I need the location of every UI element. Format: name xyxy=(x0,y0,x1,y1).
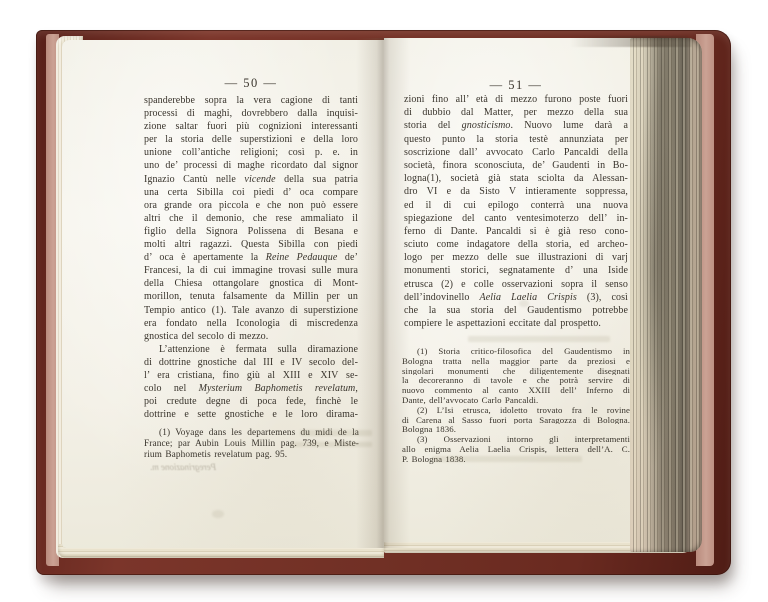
text-line: per la storia delle superstizioni e dell… xyxy=(144,134,358,147)
text-line: Dante, dell’avvocato Carlo Pancaldi. xyxy=(402,395,630,405)
text-line: dottrine e sette gnostiche e le loro dir… xyxy=(144,409,358,422)
text-line: storia del gnosticismo. Nuovo lume darà … xyxy=(404,120,628,133)
text-line: processi di maghi, dovrebbero dalla inqu… xyxy=(144,108,358,121)
show-through-mark xyxy=(468,336,610,342)
body-text-left: spanderebbe sopra la vera cagione di tan… xyxy=(144,95,358,422)
text-line: dro VI e da Sisto V intieramente soppres… xyxy=(404,186,628,199)
text-line: uno de’ processi di maghe ricordato dal … xyxy=(144,160,358,173)
text-line: singolari monumenti che diligentemente d… xyxy=(402,366,630,376)
text-line: gnostica del secolo di mezzo. xyxy=(144,331,358,344)
fox-spot xyxy=(212,510,224,518)
text-line: era fondato nella Iconologia di miscrede… xyxy=(144,318,358,331)
text-line: logna(1), società già stata sciolta da A… xyxy=(404,173,628,186)
text-line: società, finora sconosciuta, de’ Gaudent… xyxy=(404,160,628,173)
page-top-edge-smudge xyxy=(570,36,692,47)
text-line: molti altri ragazzi. Questa Sibilla con … xyxy=(144,239,358,252)
text-line: (3) Osservazioni intorno gli interpretam… xyxy=(402,434,630,444)
text-line: monumenti storici, segnatamente d’ una I… xyxy=(404,265,628,278)
text-line: questo punto la storia testè annunziata … xyxy=(404,134,628,147)
text-line: spiegazione del canto ventesimoterzo del… xyxy=(404,213,628,226)
text-line: L’attenzione è fermata sulla diramazione xyxy=(144,344,358,357)
text-line: ferno di Dante. Pancaldi si è già reso c… xyxy=(404,226,628,239)
text-line: d’ oca è apertamente la Reine Pedauque d… xyxy=(144,252,358,265)
show-through-text: Peregrinazione m. xyxy=(150,462,216,472)
text-line: morillon, tenuta falsamente da Millin pe… xyxy=(144,291,358,304)
text-line: rium Baphometis revelatum pag. 95. xyxy=(144,450,359,461)
text-line: ed il di cui epilogo conterrà una nuova xyxy=(404,200,628,213)
text-line: Francesi, la di cui immagine trovasi sul… xyxy=(144,265,358,278)
fox-spot xyxy=(519,300,529,307)
body-text-right: zioni fino all’ età di mezzo furono post… xyxy=(404,94,628,331)
text-line: sciuto come indagatore della storia, ed … xyxy=(404,239,628,252)
text-line: (1) Storia critico-filosofica del Gauden… xyxy=(402,346,630,356)
text-line: che la sua storia del Gaudentismo potreb… xyxy=(404,305,628,318)
text-line: l’ era cristiana, fino giù al XIII e XIV… xyxy=(144,370,358,383)
deckle-fore-edge-right xyxy=(630,38,702,552)
show-through-mark xyxy=(300,430,372,436)
text-line: spanderebbe sopra la vera cagione di tan… xyxy=(144,95,358,108)
text-line: soscrizione dall’ avvocato Carlo Pancald… xyxy=(404,147,628,160)
text-line: Bologna tratta nella maggior parte da pr… xyxy=(402,356,630,366)
text-line: logo per mezzo delle sue illustrazioni d… xyxy=(404,252,628,265)
text-line: dell’indovinello Aelia Laelia Crispis (3… xyxy=(404,292,628,305)
page-number-left: — 50 — xyxy=(144,76,358,91)
book-scan: — 50 — spanderebbe sopra la vera cagione… xyxy=(0,0,768,602)
text-line: Bologna 1836. xyxy=(402,424,630,434)
text-line: ora grande ora piccola e che non può ess… xyxy=(144,200,358,213)
page-number-right: — 51 — xyxy=(404,78,628,93)
text-line: una certa Sibilla coi piedi d’ oca compa… xyxy=(144,187,358,200)
page-left: — 50 — spanderebbe sopra la vera cagione… xyxy=(62,40,384,548)
text-line: altri che il demonio, che rese ammaliato… xyxy=(144,213,358,226)
text-line: colo nel Mysterium Baphometis revelatum, xyxy=(144,383,358,396)
text-line: nuovo commento al canto XXIII dell’ Infe… xyxy=(402,385,630,395)
footnotes-right: (1) Storia critico-filosofica del Gauden… xyxy=(402,346,630,464)
text-line: di dubbio dal Matter, per mezzo della su… xyxy=(404,107,628,120)
text-line: Tempio antico (1). Tale avanzo di supers… xyxy=(144,305,358,318)
text-line: zioni fino all’ età di mezzo furono post… xyxy=(404,94,628,107)
text-line: allo enigma Aelia Laelia Crispis, letter… xyxy=(402,444,630,454)
text-line: Ignazio Cantù nelle vicende della sua pa… xyxy=(144,174,358,187)
show-through-mark xyxy=(432,456,582,462)
text-line: unione coll’antiche religioni; così p. e… xyxy=(144,147,358,160)
text-line: (2) L’Isi etrusca, idoletto trovato fra … xyxy=(402,405,630,415)
show-through-mark xyxy=(290,442,372,447)
text-line: poi credute degne di poca fede, finchè l… xyxy=(144,396,358,409)
text-line: compiere le aspettazioni eccitate dal pr… xyxy=(404,318,628,331)
text-line: di dottrine gnostiche dal III e IV secol… xyxy=(144,357,358,370)
text-line: etrusca (2) e colle osservazioni sopra i… xyxy=(404,279,628,292)
text-line: la decoreranno di tavole e che potrà ser… xyxy=(402,375,630,385)
text-line: figlio della Signora Polissena di Besana… xyxy=(144,226,358,239)
text-line: di Carena al Sasso fuori porta Saragozza… xyxy=(402,415,630,425)
text-line: della Chiesa ottangolare gnostica di Mon… xyxy=(144,278,358,291)
text-line: zione saltar fuori più cognizioni intere… xyxy=(144,121,358,134)
